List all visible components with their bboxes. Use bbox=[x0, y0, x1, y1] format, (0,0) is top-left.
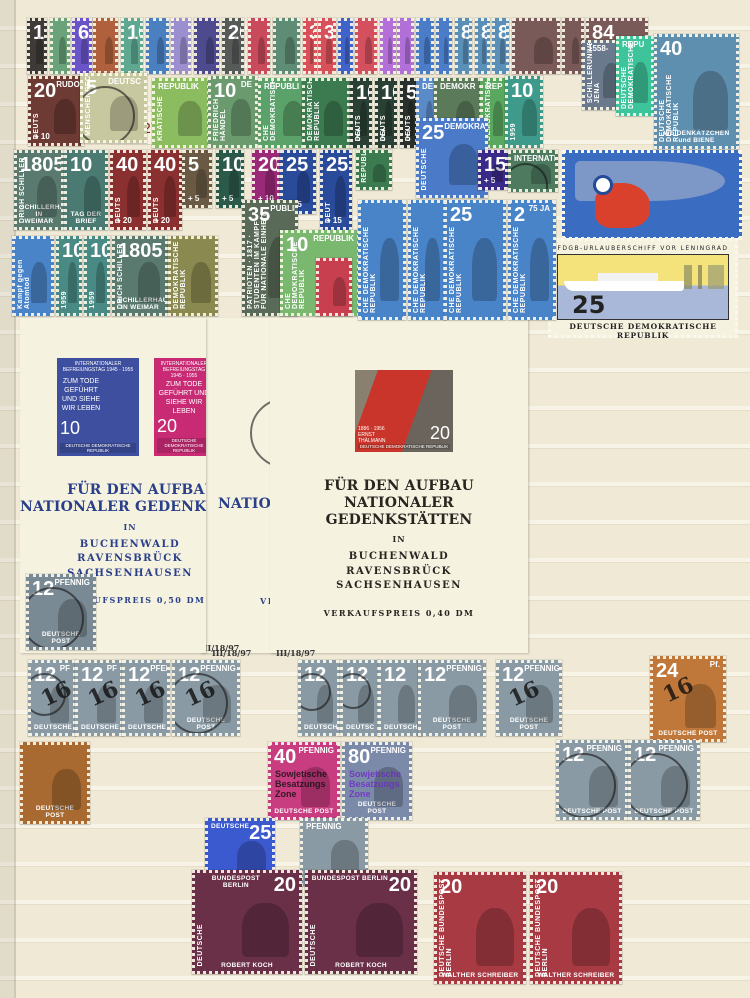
stamp-value: 10 bbox=[511, 81, 533, 101]
stamp-header: 12PFENNIG bbox=[128, 665, 164, 685]
stamp-value: 10 bbox=[90, 241, 110, 261]
stamp-top-text: REPUBLIK bbox=[158, 83, 199, 91]
stamp-side-text: CHE DEMOKRATISCHE REPUBLIK bbox=[413, 203, 427, 313]
stamp-definitive-strip[interactable] bbox=[93, 18, 118, 74]
stamp-row2[interactable]: 10DEFRIEDRICH HÄNDEL bbox=[208, 76, 258, 148]
stamp-definitive-strip[interactable] bbox=[146, 18, 169, 74]
stamp-row4[interactable]: 275 JACHE DEMOKRATISCHE REPUBLIK bbox=[508, 200, 556, 320]
stamp-unit: PF bbox=[60, 665, 70, 673]
portrait-illustration bbox=[405, 37, 410, 65]
portrait-illustration bbox=[81, 37, 87, 65]
stamp-definitive-strip[interactable] bbox=[512, 18, 560, 74]
stamp-row2[interactable]: 101959 bbox=[505, 76, 543, 148]
stamp-header: 40 bbox=[154, 155, 176, 175]
stamp-header: DEMO bbox=[422, 83, 432, 91]
stamp-side-text: CHE DEMOKRATISCHE REPUBLIK bbox=[363, 203, 377, 313]
cosmonaut-helmet-illustration bbox=[593, 175, 613, 195]
stamp-definitive-strip[interactable]: 80 bbox=[492, 18, 509, 74]
portrait-illustration bbox=[388, 37, 393, 65]
stamp-side-text: PATRIOTEN · 1817 · STUDENTEN IM KAMPF FÜ… bbox=[247, 203, 268, 309]
stamp-side-text: DEUTSCHE bbox=[421, 148, 428, 191]
portrait-illustration bbox=[492, 164, 503, 183]
stamp-row3[interactable]: 10+ 5 bbox=[216, 150, 244, 208]
portrait-illustration bbox=[373, 164, 387, 183]
stamp-occupation[interactable]: 12PFDEUTSCHE16 bbox=[28, 660, 76, 736]
stamp-value: 80 bbox=[348, 747, 370, 767]
stamp-occupation[interactable]: 12DEUTSC bbox=[340, 660, 380, 736]
stamp-value: 12 bbox=[424, 665, 446, 685]
stamp-value: 12 bbox=[346, 665, 368, 685]
stamp-side-text: 1959 bbox=[89, 291, 96, 309]
stamp-value: 12 bbox=[502, 665, 524, 685]
stamp-definitive-strip[interactable] bbox=[248, 18, 270, 74]
portrait-illustration bbox=[96, 262, 105, 303]
stamp-header: 1805 bbox=[118, 241, 162, 261]
stamp-header: 10 bbox=[381, 83, 391, 103]
stamp-value: 20 bbox=[389, 875, 411, 895]
stamp-country: BUNDESPOST BERLIN bbox=[198, 875, 274, 889]
stamp-side-text: DRICH SCHILLER bbox=[19, 157, 26, 223]
sheet-in: IN bbox=[20, 522, 206, 532]
ship-stamp-title: FDGB-URLAUBERSCHIFF VOR LENINGRAD bbox=[557, 245, 729, 252]
stamp-header: BUNDESPOST BERLIN20 bbox=[198, 875, 296, 895]
stamp-unit: PFENNIG bbox=[200, 665, 236, 673]
stamp-definitive-strip[interactable] bbox=[194, 18, 219, 74]
portrait-illustration bbox=[317, 685, 333, 724]
portrait-illustration bbox=[105, 37, 114, 65]
stamp-unit: Pf. bbox=[710, 661, 720, 669]
stamp-header: 12PFENNIG bbox=[32, 579, 90, 599]
stamp-top-text: PUBLIK bbox=[270, 205, 298, 213]
sheet-in: IN bbox=[270, 534, 528, 544]
stamp-value: 12 bbox=[178, 665, 200, 685]
stamp-row2[interactable]: REPUBLIKKRATISCHE bbox=[152, 78, 210, 148]
stamp-header: 25DEMOKRATISCHE bbox=[422, 123, 482, 143]
stamp-footer: DEUTSCHE POST bbox=[656, 730, 720, 737]
stamp-definitive-strip[interactable]: 6 bbox=[72, 18, 92, 74]
portrait-illustration bbox=[97, 685, 116, 724]
stamp-row3[interactable]: REPUBLIK bbox=[356, 150, 392, 190]
portrait-illustration bbox=[572, 37, 579, 65]
stamp-occupation[interactable]: 12DEUTSCHE bbox=[298, 660, 340, 736]
stamp-header: 12PFENNIG bbox=[424, 665, 480, 685]
print-code-left: III/18/97 bbox=[212, 648, 251, 658]
stamp-row3[interactable]: 10TAG DER BRIEF bbox=[64, 150, 108, 230]
portrait-illustration bbox=[180, 37, 186, 65]
portrait-illustration bbox=[472, 238, 497, 301]
stamp-side-text: DEMOKRATISCHE REPUBLIK bbox=[307, 78, 321, 141]
portrait-illustration bbox=[58, 599, 87, 638]
stamp-top-text: DEMOKRATISCHE bbox=[444, 123, 488, 131]
portrait-illustration bbox=[661, 766, 691, 807]
portrait-illustration bbox=[283, 101, 305, 136]
stamp-value: 40 bbox=[274, 747, 296, 767]
portrait-illustration bbox=[164, 176, 177, 217]
stamp-side-text: Kampf gegen Atomtod bbox=[17, 239, 31, 309]
stamp-top-text: DEUTSC bbox=[108, 78, 141, 86]
stamp-value: 20 bbox=[34, 81, 56, 101]
stamp-header: 10 bbox=[511, 81, 537, 101]
portrait-illustration bbox=[68, 262, 77, 303]
stamp-side-text: KRATISCHE bbox=[157, 96, 164, 141]
portrait-illustration bbox=[191, 262, 211, 303]
stamp-unit: PF bbox=[107, 665, 117, 673]
stamp-side-text: DEUTSCHE bbox=[197, 924, 204, 967]
stamp-occupation[interactable]: DEUTSCHE POST bbox=[20, 742, 90, 824]
stamp-country: DEUTSCHE bbox=[211, 823, 249, 830]
stamp-definitive-strip[interactable] bbox=[380, 18, 396, 74]
ship-stamp-value: 25 bbox=[572, 291, 605, 319]
stamp-definitive-strip[interactable] bbox=[171, 18, 191, 74]
stamp-definitive-strip[interactable]: 1 bbox=[27, 18, 47, 74]
portrait-illustration bbox=[522, 99, 536, 135]
stamp-country: BUNDESPOST BERLIN bbox=[311, 875, 389, 882]
stamp-row3[interactable]: 1805DRICH SCHILLERSCHILLERHAUS IN WEIMAR bbox=[14, 150, 64, 230]
stamp-side-text: DEUTSCHE BUNDESPOST BERLIN bbox=[439, 875, 453, 977]
stamp-definitive-strip[interactable] bbox=[562, 18, 584, 74]
stamp-side-text: REPUBLIK bbox=[361, 150, 368, 183]
stamp-occupation[interactable]: 12PFENNIGDEUTSCHE POST bbox=[418, 660, 486, 736]
stamp-side-text: DEUTS bbox=[33, 113, 40, 139]
stamp-header: 12 bbox=[346, 665, 374, 685]
stamp-header: 25 bbox=[326, 155, 346, 175]
sheet-title-line2: NATIONALER GEDENKSTÄTTEN bbox=[270, 495, 528, 529]
portrait-illustration bbox=[110, 96, 137, 131]
stamp-footer: DEUTSCHE bbox=[81, 724, 117, 731]
stamp-side-text: DEMOKRATISCHE REPUBLIK bbox=[173, 239, 187, 309]
stamp-definitive-strip[interactable]: 10 bbox=[121, 18, 143, 74]
portrait-illustration bbox=[324, 101, 343, 136]
stamp-row2[interactable]: 10+ 5DEUTS bbox=[350, 78, 372, 148]
portrait-illustration bbox=[476, 908, 515, 966]
stamp-value: 1805 bbox=[20, 155, 64, 175]
stamp-value: 10 bbox=[70, 155, 92, 175]
portrait-illustration bbox=[326, 37, 331, 65]
stamp-row4[interactable]: 25CHE DEMOKRATISCHE REPUBLIK bbox=[444, 200, 506, 320]
stamp-footer: DEUTSCHE bbox=[304, 724, 334, 731]
stamp-value: 12 bbox=[34, 665, 56, 685]
portrait-illustration bbox=[500, 37, 505, 65]
portrait-illustration bbox=[333, 277, 347, 306]
stamp-unit: PFENNIG bbox=[658, 745, 694, 753]
stamp-side-text: CHE DEMOKRATISCHE bbox=[263, 78, 277, 141]
stamp-side-text: DEUTSCHE DEMOKRATISCHE REPUBLIK bbox=[659, 37, 680, 142]
stamp-side-text: DEUTS bbox=[153, 197, 160, 223]
print-code-right: III/18/97 bbox=[276, 648, 315, 658]
stamp-occupation[interactable]: 12DEUTSCH bbox=[378, 660, 422, 736]
stamp-unit: PFENNIG bbox=[370, 747, 406, 755]
portrait-illustration bbox=[206, 37, 215, 65]
stamp-side-text: DEUT bbox=[325, 202, 332, 223]
stamp-definitive-strip[interactable] bbox=[436, 18, 452, 74]
stamp-top-text: DEMOKR bbox=[440, 83, 476, 91]
portrait-illustration bbox=[398, 685, 415, 724]
stamp-occupation[interactable]: 12PFENNIGDEUTSCHE16 bbox=[122, 660, 170, 736]
stamp-header: 12PFENNIG bbox=[178, 665, 234, 685]
stamp-value: 12 bbox=[384, 665, 406, 685]
stamp-value: 12 bbox=[634, 745, 656, 765]
portrait-illustration bbox=[301, 767, 331, 807]
portrait-illustration bbox=[444, 37, 449, 65]
stamp-header: DEMOKR bbox=[440, 83, 476, 91]
stamp-value: 40 bbox=[116, 155, 138, 175]
stamp-definitive-strip[interactable] bbox=[338, 18, 353, 74]
stamp-footer: DEUTSCHE POST bbox=[634, 808, 694, 815]
portrait-illustration bbox=[380, 238, 399, 301]
stamp-row4[interactable]: DEMOKRATISCHE REPUBLIK bbox=[168, 236, 218, 316]
ship-hull-illustration bbox=[564, 281, 684, 291]
stamp-unit: PFENNIG bbox=[298, 747, 334, 755]
stamp-row2[interactable]: 20RUDOLF+ 10DEUTS bbox=[28, 76, 84, 146]
stamp-side-text: CHE DEMOKRATISCHE REPUBLIK bbox=[285, 233, 306, 309]
stamp-surcharge: + 10 bbox=[34, 133, 78, 141]
stamp-definitive-strip[interactable]: 80 bbox=[455, 18, 472, 74]
portrait-illustration bbox=[530, 238, 549, 301]
stamp-side-text: MENSCHENRECHTE bbox=[85, 73, 92, 136]
stamp-footer: DEUTSCHE bbox=[34, 724, 70, 731]
stamp-header: 12PF bbox=[81, 665, 117, 685]
stamp-definitive-strip[interactable]: 8 bbox=[475, 18, 490, 74]
stamp-top-text: 75 JA bbox=[529, 205, 550, 213]
stamp-header: PFENNIG bbox=[306, 823, 362, 831]
sheet-title-line1: FÜR DEN AUFBAU bbox=[270, 478, 528, 495]
sheet-price: VERKAUFSPREIS 0,40 DM bbox=[270, 608, 528, 618]
stamp-row3[interactable]: 25+ 15DEUT bbox=[320, 150, 352, 230]
portrait-illustration bbox=[258, 37, 265, 65]
stamp-definitive-strip[interactable] bbox=[397, 18, 414, 74]
stamp-row4[interactable]: CHE DEMOKRATISCHE REPUBLIK bbox=[408, 200, 446, 320]
portrait-illustration bbox=[178, 101, 201, 136]
stamp-unit: PFENNIG bbox=[586, 745, 622, 753]
stamp-header: INTERNATIO bbox=[514, 155, 552, 163]
portrait-illustration bbox=[572, 908, 611, 966]
portrait-illustration bbox=[356, 903, 404, 957]
portrait-illustration bbox=[374, 767, 403, 807]
stamp-side-text: DRICH SCHILLER bbox=[117, 243, 124, 309]
stamp-header: 12 bbox=[384, 665, 416, 685]
stamp-side-text: CHE DEMOKRATISCHE REPUBLIK bbox=[513, 203, 527, 313]
stamp-occupation[interactable]: 40PFENNIGDEUTSCHE POSTSowjetische Besatz… bbox=[268, 742, 340, 820]
stamp-header: 12PF bbox=[34, 665, 70, 685]
stamp-side-text: FRIEDRICH HÄNDEL bbox=[213, 79, 227, 141]
stamp-occupation[interactable]: 12PFENNIGDEUTSCHE POST bbox=[556, 740, 628, 820]
stamp-side-text: DEUTS bbox=[355, 115, 362, 141]
stamp-walther-schreiber[interactable]: 20DEUTSCHE BUNDESPOST BERLINWALTHER SCHR… bbox=[530, 872, 622, 984]
portrait-illustration bbox=[335, 176, 347, 217]
stamp-header: 12PFENNIG bbox=[502, 665, 556, 685]
stamp-top-text: DE bbox=[241, 81, 252, 89]
city-skyline-illustration bbox=[684, 265, 724, 289]
stamp-header: 12 bbox=[304, 665, 334, 685]
ship-stamp-country: DEUTSCHE DEMOKRATISCHE REPUBLIK bbox=[557, 322, 729, 340]
stamp-definitive-strip[interactable] bbox=[50, 18, 70, 74]
stamp-unit: PFENNIG bbox=[150, 665, 170, 673]
stamp-header: 10 bbox=[90, 241, 104, 261]
stamp-header: 10 bbox=[70, 155, 102, 175]
ship-scene: 25 bbox=[557, 254, 729, 320]
portrait-illustration bbox=[531, 164, 551, 184]
portrait-illustration bbox=[425, 238, 439, 301]
stamp-top-text: INTERNATIO bbox=[514, 155, 558, 163]
stamp-row4[interactable]: 1805DRICH SCHILLERSCHILLERHAUS IN WEIMAR bbox=[112, 236, 168, 316]
portrait-illustration bbox=[693, 71, 729, 131]
stamp-row3[interactable]: 40+ 20DEUTS bbox=[148, 150, 182, 230]
stamp-definitive-strip[interactable] bbox=[273, 18, 300, 74]
stamp-header: 24Pf. bbox=[656, 661, 720, 681]
stamp-value: 10 bbox=[356, 83, 372, 103]
portrait-illustration bbox=[157, 37, 165, 65]
stamp-header: 5DEUTSC bbox=[86, 78, 141, 98]
stamp-top-text: REPUBLIK bbox=[313, 235, 354, 243]
stamp-definitive-strip[interactable]: 20 bbox=[222, 18, 244, 74]
portrait-illustration bbox=[59, 37, 65, 65]
stamp-header: 10 bbox=[62, 241, 76, 261]
stamp-value: 10 bbox=[381, 83, 397, 103]
stamp-footer: DEUTSCHE POST bbox=[562, 808, 622, 815]
portrait-illustration bbox=[138, 262, 161, 303]
stamp-occupation[interactable]: 12PFDEUTSCHE16 bbox=[75, 660, 123, 736]
stamp-name: ROBERT KOCH bbox=[198, 962, 296, 969]
stamp-value: 10 bbox=[62, 241, 82, 261]
stamp-walther-schreiber[interactable]: 20DEUTSCHE BUNDESPOST BERLINWALTHER SCHR… bbox=[434, 872, 526, 984]
stamp-footer: DEUTSC bbox=[346, 724, 374, 731]
stamp-occupation[interactable]: 12PFENNIGDEUTSCHE POST16 bbox=[172, 660, 240, 736]
sheet-title-line2: NATIONALER GEDENKSTÄTTEN bbox=[20, 499, 206, 516]
stamp-definitive-strip[interactable] bbox=[355, 18, 377, 74]
portrait-illustration bbox=[54, 99, 77, 134]
portrait-illustration bbox=[231, 99, 251, 135]
stamp-row2[interactable]: REPUDEUTSCHE DEMOKRATISCHE bbox=[616, 36, 654, 116]
stamp-header: 12PFENNIG bbox=[634, 745, 694, 765]
stamp-value: 25 bbox=[249, 823, 271, 843]
mini-stamp-10: INTERNATIONALER BEFREIUNGSTAG 1945 · 195… bbox=[57, 358, 139, 456]
stamp-definitive-strip[interactable]: 3 bbox=[303, 18, 317, 74]
stamp-header: DEUTSCHE25 bbox=[211, 823, 269, 843]
stamp-occupation[interactable]: 12PFENNIGDEUTSCHE POST16 bbox=[496, 660, 562, 736]
stamp-unit: PFENNIG bbox=[524, 665, 560, 673]
stamp-header: 80PFENNIG bbox=[348, 747, 406, 767]
stamp-value: 12 bbox=[562, 745, 584, 765]
stamp-header: 20RUDOLF bbox=[34, 81, 78, 101]
portrait-illustration bbox=[242, 903, 289, 957]
portrait-illustration bbox=[424, 37, 429, 65]
stamp-side-text: DEUTSCHE DEMOKRATISCHE bbox=[621, 39, 635, 109]
stamp-value: 12 bbox=[81, 665, 103, 685]
stamp-row2[interactable]: 40DEUTSCHE DEMOKRATISCHE REPUBLIKWEIDENK… bbox=[654, 34, 739, 149]
stamp-side-text: DEUTSCHE BUNDESPOST BERLIN bbox=[535, 875, 549, 977]
portrait-illustration bbox=[297, 171, 311, 203]
stamp-occupation[interactable]: 80PFENNIGDEUTSCHE POSTSowjetische Besatz… bbox=[342, 742, 412, 820]
stamp-row2[interactable]: 10+ 5DEUTS bbox=[375, 78, 397, 148]
portrait-illustration bbox=[482, 37, 486, 65]
portrait-illustration bbox=[633, 62, 647, 103]
portrait-illustration bbox=[265, 169, 275, 198]
stamp-header: 40 bbox=[116, 155, 140, 175]
portrait-illustration bbox=[493, 101, 503, 136]
stamp-unit: PFENNIG bbox=[54, 579, 90, 587]
stamp-occupation[interactable]: 12PFENNIGDEUTSCHE POST bbox=[628, 740, 700, 820]
stamp-value: 25 bbox=[326, 155, 348, 175]
portrait-illustration bbox=[365, 37, 372, 65]
portrait-illustration bbox=[526, 685, 553, 724]
stamp-robert-koch[interactable]: BUNDESPOST BERLIN20DEUTSCHEROBERT KOCH bbox=[192, 870, 302, 974]
stamp-value: 1805 bbox=[118, 241, 163, 261]
portrait-illustration bbox=[463, 37, 468, 65]
stamp-header: 10 bbox=[356, 83, 366, 103]
stamp-footer: DEUTSCHE bbox=[128, 724, 164, 731]
stamp-row3[interactable]: INTERNATIO bbox=[508, 150, 558, 192]
portrait-illustration bbox=[50, 685, 69, 724]
portrait-illustration bbox=[449, 685, 477, 724]
stamp-row3[interactable]: 15+ 5 bbox=[478, 150, 508, 190]
portrait-illustration bbox=[37, 176, 57, 217]
stamp-header: 40PFENNIG bbox=[274, 747, 334, 767]
stamp-name: ROBERT KOCH bbox=[311, 962, 411, 969]
stamp-side-text: CHE DEMOKRATISCHE REPUBLIK bbox=[449, 203, 463, 313]
portrait-illustration bbox=[449, 144, 479, 185]
stamp-value: 24 bbox=[656, 661, 678, 681]
souvenir-sheet-right[interactable]: 1886 · 1956 ERNST THÄLMANN 20 DEUTSCHE D… bbox=[270, 318, 528, 653]
stamp-footer: DEUTSCHE POST bbox=[274, 808, 334, 815]
stamp-spacewalk[interactable] bbox=[562, 150, 742, 240]
portrait-illustration bbox=[52, 769, 81, 811]
stamp-robert-koch[interactable]: BUNDESPOST BERLIN20DEUTSCHEROBERT KOCH bbox=[305, 870, 417, 974]
portrait-illustration bbox=[229, 169, 239, 198]
portrait-illustration bbox=[144, 685, 163, 724]
portrait-illustration bbox=[285, 37, 294, 65]
stamp-header: BUNDESPOST BERLIN20 bbox=[311, 875, 411, 895]
portrait-illustration bbox=[36, 37, 42, 65]
stamp-value: 12 bbox=[128, 665, 150, 685]
sheet-places: BUCHENWALD RAVENSBRÜCK SACHSENHAUSEN bbox=[270, 550, 528, 594]
portrait-illustration bbox=[84, 176, 101, 217]
portrait-illustration bbox=[203, 685, 231, 724]
stamp-definitive-strip[interactable] bbox=[416, 18, 434, 74]
stamp-row3[interactable]: 40+ 20DEUTS bbox=[110, 150, 146, 230]
stamp-row2[interactable]: 5DEUTSCMENSCHENRECHTE bbox=[80, 73, 147, 143]
stamp-row4[interactable]: Kampf gegen Atomtod bbox=[12, 236, 54, 316]
stamp-value: 12 bbox=[32, 579, 54, 599]
stamp-occupation[interactable]: 12PFENNIGDEUTSCHE POST bbox=[26, 574, 96, 650]
stamp-row4[interactable]: 101959 bbox=[56, 236, 82, 316]
stamp-row4[interactable] bbox=[316, 258, 352, 316]
mini-stamp-20: INTERNATIONALER BEFREIUNGSTAG 1945 · 195… bbox=[154, 358, 206, 456]
stamp-occupation[interactable]: 24Pf.DEUTSCHE POST16 bbox=[650, 656, 726, 742]
stamp-fdgb-ship[interactable]: FDGB-URLAUBERSCHIFF VOR LENINGRAD 25 DEU… bbox=[548, 238, 738, 338]
sheet-title-line1: FÜR DEN AUFBAU bbox=[20, 482, 206, 499]
stamp-row4[interactable]: 101959 bbox=[84, 236, 110, 316]
mini-stamp-thaelmann: 1886 · 1956 ERNST THÄLMANN 20 DEUTSCHE D… bbox=[355, 370, 453, 452]
stamp-header: REPUBLIK bbox=[158, 83, 204, 91]
stamp-unit: PFENNIG bbox=[446, 665, 482, 673]
stamp-footer: DEUTSCH bbox=[384, 724, 416, 731]
stamp-side-text: DEUTS bbox=[405, 115, 412, 141]
stamp-unit: PFENNIG bbox=[306, 823, 342, 831]
portrait-illustration bbox=[310, 37, 314, 65]
stamp-header: 12PFENNIG bbox=[562, 745, 622, 765]
stamp-row2[interactable]: DEMOKRATISCHE REPUBLIK bbox=[302, 78, 350, 148]
stamp-value: 20 bbox=[274, 875, 296, 895]
stamp-row3[interactable]: 5+ 5 bbox=[182, 150, 212, 208]
stamp-side-text: DEUTS bbox=[115, 197, 122, 223]
portrait-illustration bbox=[685, 684, 717, 728]
portrait-illustration bbox=[127, 176, 141, 217]
portrait-illustration bbox=[196, 169, 207, 198]
stamp-definitive-strip[interactable]: 30 bbox=[318, 18, 336, 74]
stamp-row4[interactable]: CHE DEMOKRATISCHE REPUBLIK bbox=[358, 200, 406, 320]
portrait-illustration bbox=[358, 685, 373, 724]
stamp-value: 25 bbox=[422, 123, 444, 143]
